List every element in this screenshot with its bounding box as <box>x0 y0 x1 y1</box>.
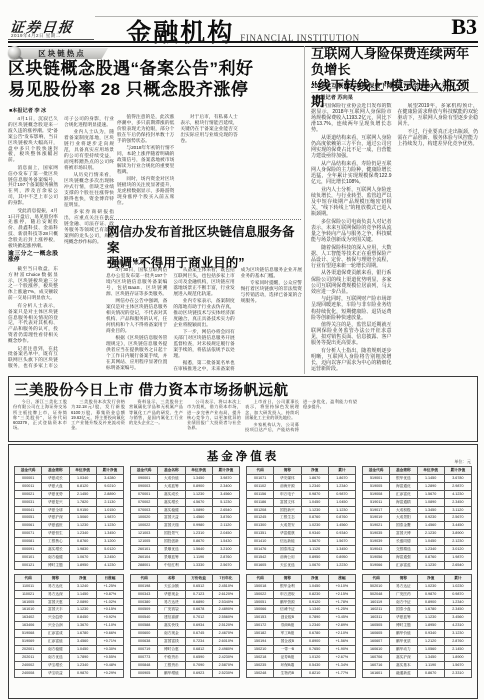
fund-table-g2b: 代码名称万份收益7日年化000198天弘余额0.65122.4510%00034… <box>130 574 240 678</box>
article1-headline-line1: 区块链概念股遇“备案公告”利好 <box>8 59 296 80</box>
article4-paragraph: 公司表示，将以本次上市为契机，借力资本市场，进一步完善产业布局，提升核心竞争力，… <box>187 399 241 431</box>
article3-paragraph: 展望2019年，多家机构预计，在健康险需求释放与科技赋能的双轮驱动下，互联网人身… <box>398 103 479 127</box>
article1-byline: ■本报记者 李 冰 <box>9 107 46 114</box>
column-vertical-rule <box>304 46 305 374</box>
fund-table-g1a: 基金代码基金简称单位净值累计净值000001华夏成长1.03403.428000… <box>14 466 124 570</box>
fund-table-groups: 基金代码基金简称单位净值累计净值000001华夏成长1.03403.428000… <box>14 466 472 694</box>
fund-table-g3b: 代码简称净值涨幅150018银华金利1.0450+0.10%150022申万进取… <box>246 574 356 678</box>
fund-table-g3a: 代码简称净值累计001071华安媒体1.86701.8670001102前海开源… <box>246 466 356 570</box>
article3-headline-line1: 互联网人身险保费连续两年负增长 <box>311 46 479 78</box>
article3-paragraph: 值得关注的是，监管层近期就互联网保险业务监管办法公开征求意见，拟对销售页面、信息… <box>311 322 392 346</box>
article3-paragraph: 不过，行业要真正走出瓶颈，仍需在产品创新、服务体验与风控能力上持续发力，构建差异… <box>398 129 479 147</box>
article1-body-left: 4月1日，沉寂已久的区块链概念股迎来一波久违的涨停潮。受“备案公告”发布影响，当… <box>8 116 114 372</box>
fund-table-section: 基金净值表 单位：元 基金代码基金简称单位净值累计净值000001华夏成长1.0… <box>8 444 478 699</box>
page-number: B3 <box>451 14 477 40</box>
banner-ribbon: 区块链热点 <box>16 48 108 59</box>
article3-paragraph: 多位保险公司电商负责人对记者表示，未来互联网保险的竞争将从流量之争转向产品与服务… <box>311 219 392 243</box>
article1-body-middle: 值得注意的是，此次涨停潮中，多只前期滞涨的低价股表现尤为抢眼，部分个股在午后仍保… <box>117 114 301 215</box>
article2-byline: ■本报记者 邢 萌 <box>108 259 145 266</box>
article1-paragraph: 截至当日收盘，东方财富Choice数据显示，区块链板块逾三分之一个股涨停，板块整… <box>8 266 58 301</box>
fund-table-unit-label: 单位：元 <box>454 459 471 465</box>
article4-paragraph: 三美股份本次发行价格为32.18元/股，发行新股6100万股，募集资金总额19.… <box>71 399 125 431</box>
article4-body: 今日，浙江三美化工股份有限公司在上海证券交易所主板挂牌上市，证券简称“三美股份”… <box>13 399 473 437</box>
article2-paragraph: 根据《区块链信息服务管理规定》，区块链信息服务提供者应当在提供服务之日起十个工作… <box>106 335 167 370</box>
article2-body: 3月30日，国家互联网信息办公室发布第一批共197个境内区块链信息服务备案编号，… <box>106 267 302 372</box>
article3-paragraph: 业内人士分析，互联网人身险连续负增长，与行业转型、监管趋严以及中短存续期产品规模… <box>311 187 392 217</box>
fund-table-g2a: 基金代码基金名称单位净值累计净值090001大成价值1.34503.987009… <box>130 466 240 570</box>
article2-paragraph: 业内专家表示，备案制度的落地有助于行业去伪存真，推动区块链技术与实体经济深度融合… <box>173 298 234 328</box>
article1-paragraph: 从历史行情来看，区块链概念多次出现脉冲式行情，但缺乏业绩支撑的个股往往涨得快跌得… <box>64 172 114 207</box>
fund-table-group-4: 基金代码基金简称单位净值累计净值519001银华优选1.14503.678051… <box>362 466 472 694</box>
article2-paragraph: 3月30日，国家互联网信息办公室发布第一批共197个境内区块链信息服务备案编号，… <box>106 267 167 297</box>
article2-paragraph: 专家同时提醒，公众应警惕打着区块链旗号的非法集资与传销活动，选择已备案的合规服务… <box>241 280 302 304</box>
article3-paragraph: 从产品结构来看，寿险仍是互联网人身保险的主力险种，健康险增长迅猛，全年累计实现规… <box>311 161 392 185</box>
fund-table-group-2: 基金代码基金名称单位净值累计净值090001大成价值1.34503.987009… <box>130 466 240 694</box>
article3-paragraph: 有分析人士指出，随着规则逐步明晰，互联网人身险将告别粗放增长，迈向以客户需求为中… <box>311 348 392 372</box>
article4-headline: 三美股份今日上市 借力资本市场扬帆远航 <box>14 379 289 400</box>
article1-paragraph: 对于后市，有私募人士表示，板块行情能否延续，关键仍在于备案企业能否交出实际应用与… <box>180 114 237 144</box>
article4-paragraph: 今日，浙江三美化工股份有限公司在上海证券交易所主板挂牌上市，证券简称“三美股份”… <box>13 399 67 431</box>
article4-paragraph: 资料显示，三美股份主营氟碳化学品和无机氟产品等氟化工产品的研发、生产与销售，是国… <box>129 399 183 425</box>
fund-table-g4a: 基金代码基金简称单位净值累计净值519001银华优选1.14503.678051… <box>362 466 472 570</box>
fund-table-title: 基金净值表 <box>9 448 477 464</box>
article1-headline-line2: 易见股份率 28 只概念股齐涨停 <box>8 80 296 101</box>
banner-label: 区块链热点 <box>38 48 86 59</box>
article1-paragraph: 与2018年年初的行情不同，本轮上涨伴随着明确的政策信号，备案落地被市场解读为行… <box>117 145 174 175</box>
article3-body: 中国保险行业协会近日发布的数据显示，2018年互联网人身保险市场规模保费收入11… <box>311 103 478 373</box>
fund-table-g4b: 代码简称净值累计502010易方达证1.02301.0230502048广发医药… <box>362 574 472 678</box>
article1-paragraph: 同时，场内资金对区块链板块的关注度显著提升，龙虎榜数据显示，多路游资现身涨停个股… <box>117 176 174 206</box>
article1-headline: 区块链概念股遇“备案公告”利好 易见股份率 28 只概念股齐涨停 <box>8 59 296 100</box>
article2-paragraph: 网信办在公告中强调，备案仅是对主体区块链信息服务相关情况的登记，不代表对其机构、… <box>106 298 167 333</box>
article2-paragraph: 下一步，网信办将会同有关部门对区块链信息服务开展监督检查，对未按规定履行备案手续… <box>173 329 234 359</box>
article3-paragraph: 与此同时，互联网财产险市场却呈现回暖迹象，车险与非车险业务结构持续优化，短期健康… <box>311 296 392 320</box>
article2-headline-line1: 网信办发布首批区块链信息服务备案 <box>107 225 303 256</box>
article1-subhead: 逾三分之一概念股涨停 <box>8 252 58 264</box>
article3-subtitle: 2018年互联网人身险保费下降 13.7%至 1193 亿元 <box>311 81 478 93</box>
article3-byline: ■本报记者 苏向杲 <box>312 94 353 101</box>
article4-paragraph: 上市首日，公司董事长表示，将坚持绿色发展理念，加大研发投入，持续巩固氟化工主业的… <box>245 399 299 420</box>
article1-paragraph: 有分析人士表示，备案只是对主体区块链信息服务相关情况的登记，不代表对其机构、产品… <box>8 303 58 344</box>
fund-table-g1b: 代码简称净值日涨幅110011易方达优3.1240+1.25%110021易方达… <box>14 574 124 678</box>
article2-divider <box>105 219 301 220</box>
article1-paragraph: 受此消息提振，4月1日开盘后，易见股份率先涨停，随后安妮股份、晨鑫科技、金溢科技… <box>8 208 58 249</box>
article1-paragraph: 4月1日，沉寂已久的区块链概念股迎来一波久违的涨停潮。受“备案公告”发布影响，当… <box>8 116 58 163</box>
article3-paragraph: 中国保险行业协会近日发布的数据显示，2018年互联网人身保险市场规模保费收入11… <box>311 103 392 133</box>
article3-paragraph: 随着保险科技的深入应用，大数据、人工智能等技术正在重塑保险产品设计、定价、核保与… <box>311 245 392 269</box>
article1-paragraph: 消息面上，国家网信办发布了第一批区块链信息服务备案编号，共计197个备案服务赫然… <box>8 165 58 206</box>
fund-table-group-1: 基金代码基金简称单位净值累计净值000001华夏成长1.03403.428000… <box>14 466 124 694</box>
article1-paragraph: 业内人士认为，随着备案制度落地，区块链行业将逐步走向规范，具备真实应用场景的公司… <box>64 129 114 170</box>
article3-paragraph: 从各渠道保费贡献来看，银行系保险公司的线上渠道优势明显，多家公司互联网保费规模位… <box>311 270 392 294</box>
article2-paragraph: 从备案主体来看，既包括互联网巨头，也包括多家上市公司及金融机构，区块链应用落地场… <box>173 267 234 297</box>
article1-paragraph: 值得注意的是，此次涨停潮中，多只前期滞涨的低价股表现尤为抢眼，部分个股在午后仍保… <box>117 114 174 144</box>
article3-paragraph: 从渠道结构来看，互联网人身险仍高度依赖第三方平台，通过公司官网实现的保费占比不足… <box>311 135 392 159</box>
fund-table-group-3: 代码简称净值累计001071华安媒体1.86701.8670001102前海开源… <box>246 466 356 694</box>
newspaper-page: 证券日报 2019年4月2日 星期二 金融机构 FINANCIAL INSTIT… <box>0 0 484 700</box>
